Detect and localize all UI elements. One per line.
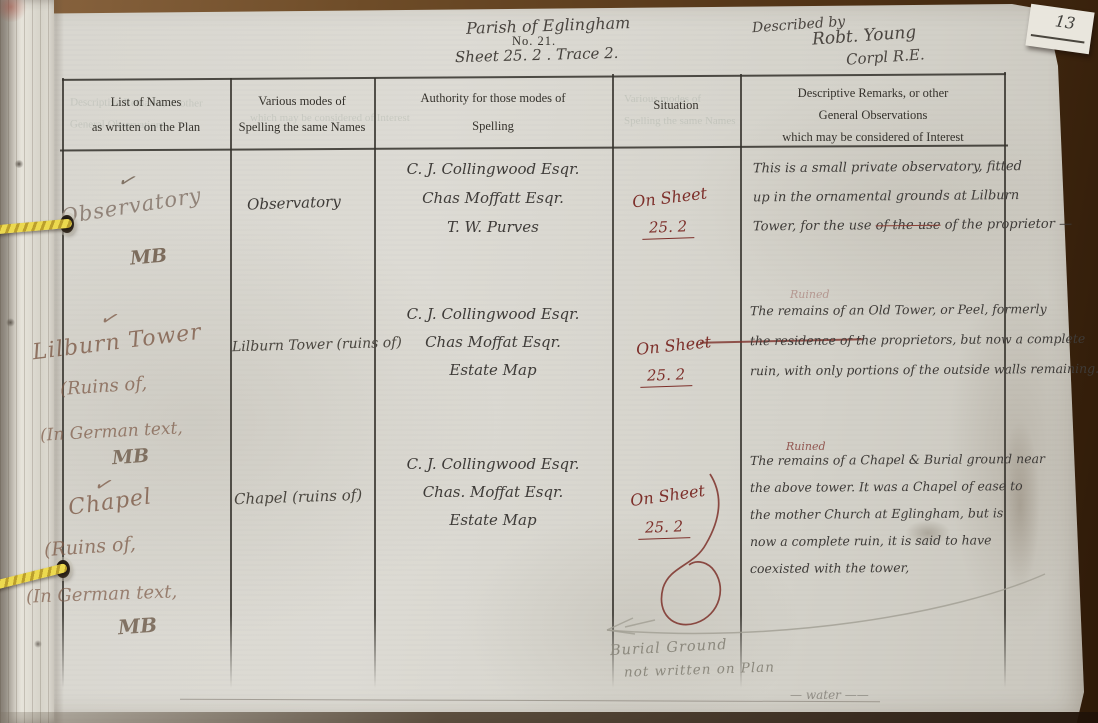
desk-edge-shadow xyxy=(0,712,1098,723)
showthrough-text: which may be considered of Interest xyxy=(250,112,410,124)
showthrough-text: Descriptive Remarks, or other General Ob… xyxy=(70,91,203,136)
spot xyxy=(34,640,42,648)
examiner-initials: MB xyxy=(129,244,168,269)
examiner-initials: MB xyxy=(111,445,150,470)
situation-sheet-row1: 25. 2 xyxy=(642,217,695,240)
spot xyxy=(14,160,24,168)
col-header-remarks: Descriptive Remarks, or other General Ob… xyxy=(744,82,1002,148)
annotation-ruined-row2: Ruined xyxy=(790,288,830,301)
scanned-name-book-page: 13 Parish of Eglingham No. 21. Sheet 25.… xyxy=(0,0,1098,723)
examiner-initials: MB xyxy=(117,613,158,640)
spot xyxy=(6,318,15,327)
tab-rule xyxy=(1031,34,1085,43)
showthrough-bottom-text: — water —— xyxy=(790,688,869,702)
table-vline-1 xyxy=(230,78,232,688)
authority-row3: C. J. Collingwood Esqr. Chas. Moffat Esq… xyxy=(374,455,612,529)
page-number: 13 xyxy=(1054,11,1077,33)
col-header-authority: Authority for those modes of Spelling xyxy=(376,84,610,140)
showthrough-text: Various modes of Spelling the same Names xyxy=(624,88,736,132)
remarks-row1: This is a small private observatory, fit… xyxy=(753,160,1072,233)
page-number-tab: 13 xyxy=(1025,4,1094,54)
struck-text: of the use xyxy=(876,218,941,234)
authority-row2: C. J. Collingwood Esqr. Chas Moffat Esqr… xyxy=(374,305,612,379)
spelling-observatory: Observatory xyxy=(247,192,341,213)
authority-row1: C. J. Collingwood Esqr. Chas Moffatt Esq… xyxy=(374,160,612,236)
remarks-row2: The remains of an Old Tower, or Peel, fo… xyxy=(750,302,1098,377)
situation-sheet-row2: 25. 2 xyxy=(640,365,693,388)
